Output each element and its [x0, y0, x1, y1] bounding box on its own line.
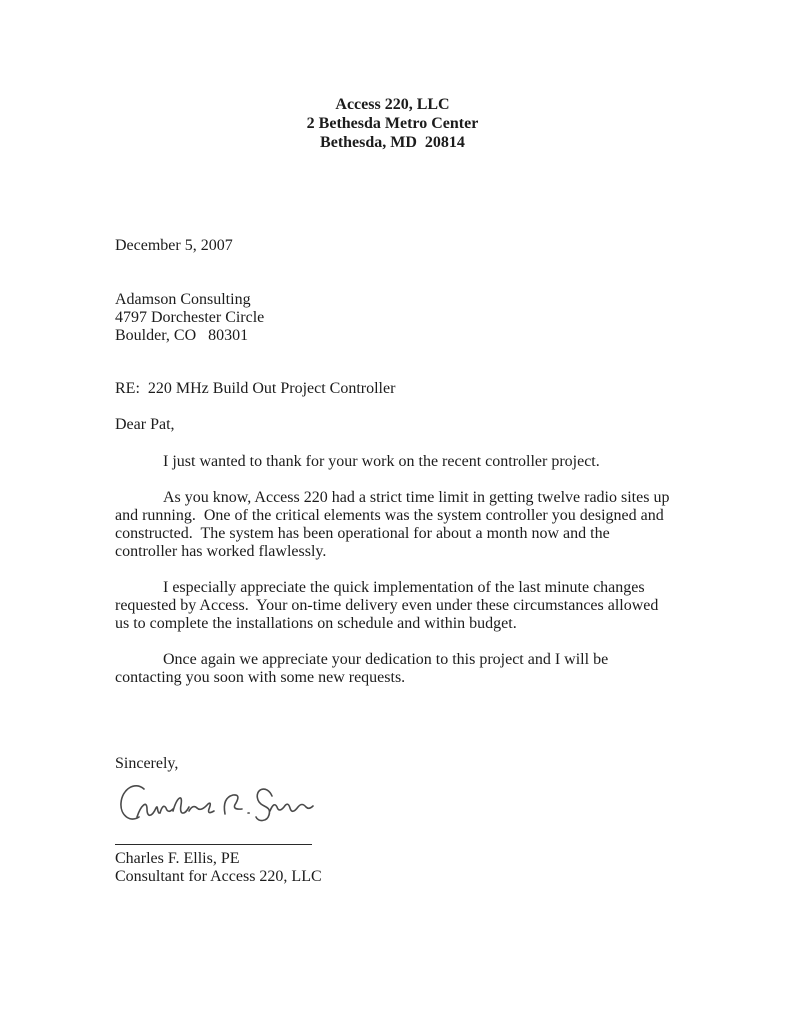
salutation: Dear Pat,	[115, 416, 670, 434]
letterhead-address-line1: 2 Bethesda Metro Center	[115, 114, 670, 133]
body-paragraph-4: Once again we appreciate your dedication…	[115, 651, 670, 687]
recipient-city-state-zip: Boulder, CO 80301	[115, 327, 670, 345]
recipient-street: 4797 Dorchester Circle	[115, 309, 670, 327]
body-paragraph-2: As you know, Access 220 had a strict tim…	[115, 489, 670, 561]
recipient-name: Adamson Consulting	[115, 291, 670, 309]
letter-page: Access 220, LLC 2 Bethesda Metro Center …	[0, 0, 791, 1024]
letterhead-company: Access 220, LLC	[115, 95, 670, 114]
signature-line	[115, 844, 312, 845]
closing-salutation: Sincerely,	[115, 755, 670, 773]
signer-title: Consultant for Access 220, LLC	[115, 868, 670, 886]
body-paragraph-1: I just wanted to thank for your work on …	[115, 453, 670, 471]
letterhead: Access 220, LLC 2 Bethesda Metro Center …	[115, 95, 670, 152]
subject-line: RE: 220 MHz Build Out Project Controller	[115, 380, 670, 398]
recipient-block: Adamson Consulting 4797 Dorchester Circl…	[115, 291, 670, 345]
signer-name: Charles F. Ellis, PE	[115, 850, 670, 868]
handwritten-signature-image	[117, 776, 317, 836]
letter-date: December 5, 2007	[115, 237, 670, 255]
letterhead-address-line2: Bethesda, MD 20814	[115, 133, 670, 152]
body-paragraph-3: I especially appreciate the quick implem…	[115, 579, 670, 633]
